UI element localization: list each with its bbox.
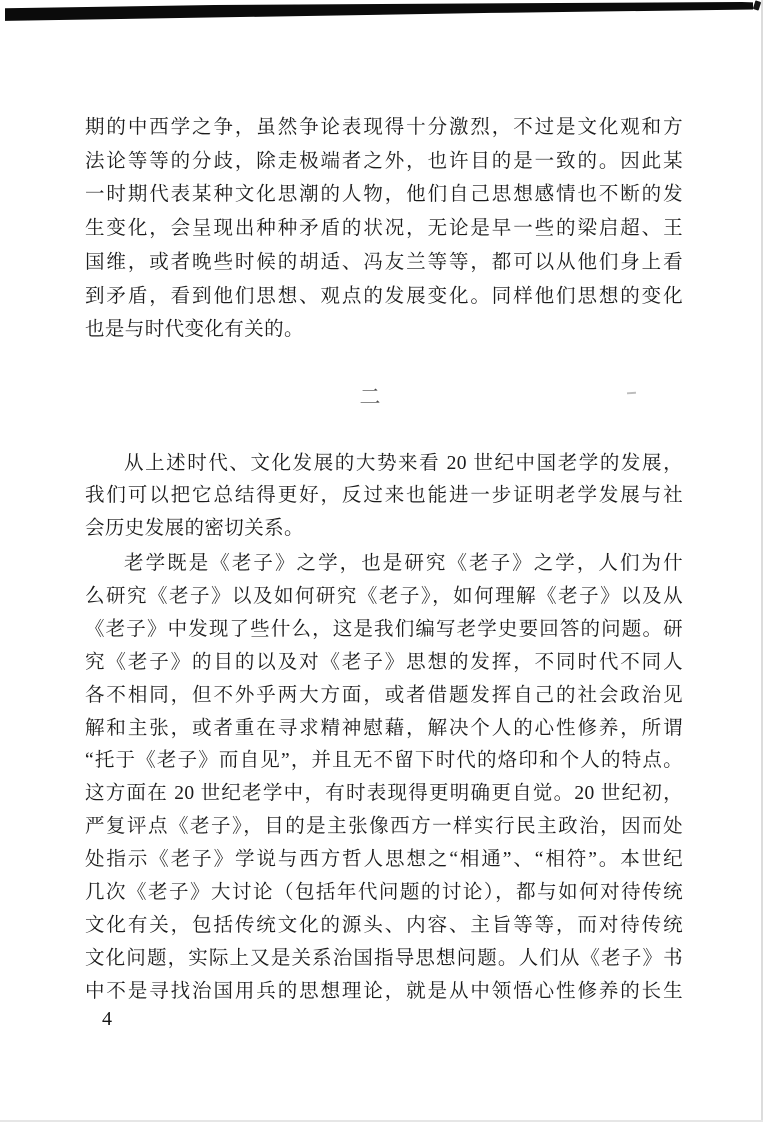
text-line: 我们可以把它总结得更好，反过来也能进一步证明老学发展与社 xyxy=(85,480,683,512)
text-line: 这方面在 20 世纪老学中，有时表现得更明确更自觉。20 世纪初， xyxy=(85,778,683,811)
text-line: 从上述时代、文化发展的大势来看 20 世纪中国老学的发展， xyxy=(85,448,683,480)
page-number: 4 xyxy=(102,1008,112,1031)
text-line: 也是与时代变化有关的。 xyxy=(85,313,683,347)
text-line: 文化问题，实际上又是关系治国指导思想问题。人们从《老子》书 xyxy=(85,943,683,976)
text-line: “托于《老子》而自见”，并且无不留下时代的烙印和个人的特点。 xyxy=(85,745,683,778)
text-line: 文化有关，包括传统文化的源头、内容、主旨等等，而对待传统 xyxy=(85,910,683,943)
text-line: 各不相同，但不外乎两大方面，或者借题发挥自己的社会政治见 xyxy=(85,680,683,713)
scan-artifact-corner-mark xyxy=(753,0,761,10)
text-line: 国维，或者晚些时候的胡适、冯友兰等等，都可以从他们身上看 xyxy=(85,246,683,280)
text-line: 到矛盾，看到他们思想、观点的发展变化。同样他们思想的变化 xyxy=(85,280,683,314)
scan-artifact-bar xyxy=(5,2,753,23)
text-line: 处指示《老子》学说与西方哲人思想之“相通”、“相符”。本世纪 xyxy=(85,844,683,877)
text-line: 几次《老子》大讨论（包括年代问题的讨论），都与如何对待传统 xyxy=(85,877,683,910)
text-line: 究《老子》的目的以及对《老子》思想的发挥，不同时代不同人 xyxy=(85,647,683,680)
text-line: 《老子》中发现了些什么，这是我们编写老学史要回答的问题。研 xyxy=(85,614,683,647)
text-line: 生变化，会呈现出种种矛盾的状况，无论是早一些的梁启超、王 xyxy=(85,212,683,246)
text-line: 法论等等的分歧，除走极端者之外，也许目的是一致的。因此某 xyxy=(85,145,683,179)
text-line: 期的中西学之争，虽然争论表现得十分激烈，不过是文化观和方 xyxy=(85,111,683,145)
paragraph-3: 老学既是《老子》之学，也是研究《老子》之学，人们为什 么研究《老子》以及如何研究… xyxy=(85,548,683,1009)
section-heading: 二 xyxy=(85,381,683,411)
text-line: 解和主张，或者重在寻求精神慰藉，解决个人的心性修养，所谓 xyxy=(85,713,683,746)
text-line: 中不是寻找治国用兵的思想理论，就是从中领悟心性修养的长生 xyxy=(85,976,683,1009)
paragraph-1: 期的中西学之争，虽然争论表现得十分激烈，不过是文化观和方 法论等等的分歧，除走极… xyxy=(85,111,683,347)
paragraph-2: 从上述时代、文化发展的大势来看 20 世纪中国老学的发展， 我们可以把它总结得更… xyxy=(85,448,683,545)
text-line: 会历史发展的密切关系。 xyxy=(85,513,683,545)
text-line: 严复评点《老子》，目的是主张像西方一样实行民主政治，因而处 xyxy=(85,811,683,844)
text-line: 老学既是《老子》之学，也是研究《老子》之学，人们为什 xyxy=(85,548,683,581)
text-line: 么研究《老子》以及如何研究《老子》，如何理解《老子》以及从 xyxy=(85,581,683,614)
text-line: 一时期代表某种文化思潮的人物，他们自己思想感情也不断的发 xyxy=(85,178,683,212)
